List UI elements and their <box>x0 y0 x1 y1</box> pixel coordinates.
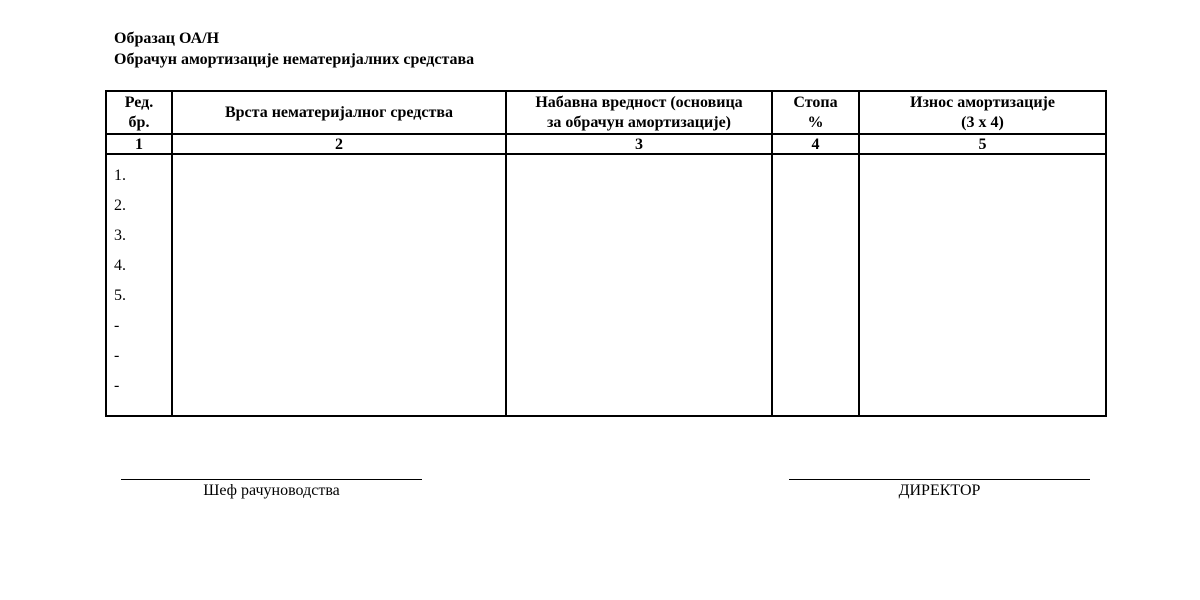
header-text: Стопа <box>793 93 837 113</box>
header-text: Набавна вредност (основица <box>535 93 742 113</box>
table-row: 5. <box>114 286 126 306</box>
signature-line-accountant <box>121 479 422 480</box>
table-row: 3. <box>114 226 126 246</box>
signature-label-accountant: Шеф рачуноводства <box>121 482 422 500</box>
header-text: Износ амортизације <box>910 93 1055 113</box>
table-row: 2. <box>114 196 126 216</box>
header-text: Ред. <box>125 93 154 113</box>
column-number-3: 3 <box>507 135 771 155</box>
header-rate: Стопа % <box>773 92 858 134</box>
table-row: 4. <box>114 256 126 276</box>
header-text: % <box>808 113 824 133</box>
form-code: Образац ОА/Н <box>114 29 219 49</box>
form-title: Обрачун амортизације нематеријалних сред… <box>114 50 474 70</box>
signature-label-director: ДИРЕКТОР <box>789 482 1090 500</box>
header-row-number: Ред. бр. <box>107 92 171 134</box>
column-number-1: 1 <box>107 135 171 155</box>
amortization-table: Ред. бр. Врста нематеријалног средства Н… <box>105 90 1107 417</box>
col-border-5 <box>1105 90 1107 417</box>
column-number-4: 4 <box>773 135 858 155</box>
column-number-2: 2 <box>173 135 505 155</box>
table-row: - <box>114 376 119 396</box>
table-border-bottom <box>105 415 1107 417</box>
header-text: бр. <box>129 113 150 133</box>
header-amortization-amount: Износ амортизације (3 x 4) <box>860 92 1105 134</box>
table-row: - <box>114 346 119 366</box>
header-purchase-value: Набавна вредност (основица за обрачун ам… <box>507 92 771 134</box>
header-asset-type: Врста нематеријалног средства <box>173 92 505 134</box>
header-text: за обрачун амортизације) <box>547 113 731 133</box>
header-text: (3 x 4) <box>961 113 1004 133</box>
header-text: Врста нематеријалног средства <box>225 103 453 123</box>
column-number-5: 5 <box>860 135 1105 155</box>
table-row: - <box>114 316 119 336</box>
signature-line-director <box>789 479 1090 480</box>
table-row: 1. <box>114 166 126 186</box>
